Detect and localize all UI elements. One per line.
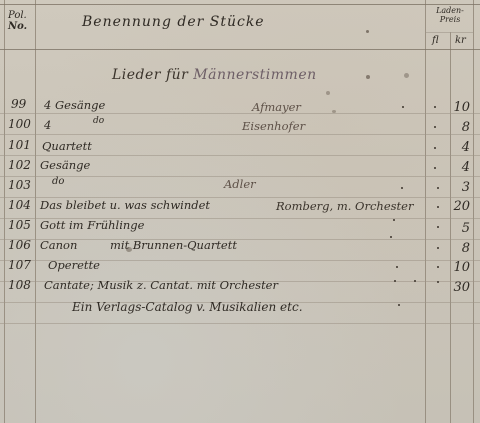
entry-number: 100 bbox=[8, 117, 44, 131]
entry-number: 105 bbox=[8, 218, 44, 232]
ledger-page: Pol. No. Benennung der Stücke Laden- Pre… bbox=[0, 0, 480, 423]
leader-dot bbox=[396, 266, 398, 268]
row-rule bbox=[0, 113, 480, 114]
entry-price: 30 bbox=[444, 280, 470, 295]
entry-number: 104 bbox=[8, 198, 44, 212]
price-fl-header: fl bbox=[432, 35, 439, 46]
leader-dot bbox=[434, 147, 436, 149]
price-column-left-rule bbox=[425, 0, 426, 423]
leader-dot bbox=[437, 226, 439, 228]
paper-stain bbox=[366, 75, 370, 79]
price-kr-header: kr bbox=[455, 35, 466, 46]
entry-number: 107 bbox=[8, 258, 44, 272]
entry-title: 4 Gesänge bbox=[44, 98, 105, 112]
entry-title: Gott im Frühlinge bbox=[40, 218, 144, 232]
entry-title: Quartett bbox=[42, 139, 92, 153]
header-bottom-rule bbox=[0, 49, 480, 50]
paper-stain bbox=[326, 91, 330, 95]
entry-composer: Eisenhofer bbox=[242, 119, 305, 133]
entry-price: 8 bbox=[444, 120, 470, 135]
leader-dot bbox=[437, 187, 439, 189]
number-column-header: Pol. No. bbox=[8, 10, 27, 32]
entry-title: do bbox=[52, 176, 64, 187]
entry-composer: Afmayer bbox=[252, 100, 301, 114]
row-rule bbox=[0, 134, 480, 135]
paper-stain bbox=[332, 110, 336, 113]
leader-dot bbox=[437, 281, 439, 283]
section-heading: Lieder für Männerstimmen bbox=[112, 67, 317, 83]
entry-number: 103 bbox=[8, 178, 44, 192]
entry-title: Das bleibet u. was schwindet bbox=[40, 198, 210, 212]
leader-dot bbox=[434, 126, 436, 128]
entry-ditto: do bbox=[93, 116, 104, 126]
header-divider-price bbox=[425, 32, 473, 33]
right-margin-rule bbox=[473, 0, 474, 423]
entry-number: 101 bbox=[8, 138, 44, 152]
leader-dot bbox=[437, 247, 439, 249]
entry-composer: Adler bbox=[224, 177, 256, 191]
leader-dot bbox=[394, 280, 396, 282]
leader-dot bbox=[398, 304, 400, 306]
entry-price: 5 bbox=[444, 221, 470, 236]
leader-dot bbox=[390, 236, 392, 238]
entry-price: 4 bbox=[444, 140, 470, 155]
entry-number: 102 bbox=[8, 158, 44, 172]
entry-price: 10 bbox=[444, 260, 470, 275]
entry-title: Cantate; Musik z. Cantat. mit Orchester bbox=[44, 278, 278, 292]
leader-dot bbox=[434, 167, 436, 169]
entry-price: 20 bbox=[444, 199, 470, 214]
catalog-note: Ein Verlags-Catalog v. Musikalien etc. bbox=[72, 300, 303, 314]
leader-dot bbox=[401, 187, 403, 189]
entry-price: 3 bbox=[444, 180, 470, 195]
leader-dot bbox=[437, 206, 439, 208]
paper-stain bbox=[126, 247, 132, 252]
entry-number: 99 bbox=[11, 97, 47, 111]
top-rule bbox=[0, 4, 480, 5]
row-rule bbox=[0, 323, 480, 324]
entry-price: 4 bbox=[444, 160, 470, 175]
title-column-header: Benennung der Stücke bbox=[82, 14, 265, 30]
leader-dot bbox=[402, 106, 404, 108]
entry-title: Operette bbox=[48, 258, 100, 272]
leader-dot bbox=[393, 219, 395, 221]
entry-title: Canon bbox=[40, 238, 77, 252]
entry-number: 108 bbox=[8, 278, 44, 292]
leader-dot bbox=[437, 266, 439, 268]
paper-stain bbox=[404, 73, 409, 78]
row-rule bbox=[0, 155, 480, 156]
price-column-header: Laden- Preis bbox=[427, 6, 473, 24]
entry-title: 4 bbox=[44, 118, 51, 132]
entry-price: 10 bbox=[444, 100, 470, 115]
paper-stain bbox=[366, 30, 369, 33]
leader-dot bbox=[414, 280, 416, 282]
entry-composer: Romberg, m. Orchester bbox=[276, 199, 413, 213]
entry-price: 8 bbox=[444, 241, 470, 256]
entry-title: Gesänge bbox=[40, 158, 90, 172]
entry-number: 106 bbox=[8, 238, 44, 252]
left-margin-rule bbox=[4, 0, 5, 423]
leader-dot bbox=[434, 106, 436, 108]
